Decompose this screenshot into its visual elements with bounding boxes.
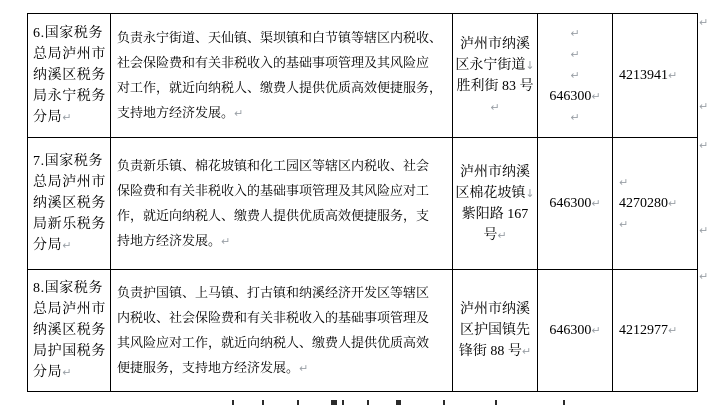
pilcrow-mark: ↵: [619, 176, 628, 189]
duties-cell[interactable]: 负责永宁街道、天仙镇、渠坝镇和白节镇等辖区内税收、 社会保险费和有关非税收入的基…: [111, 14, 453, 138]
branch-name-cell[interactable]: 8.国家税务 总局泸州市 纳溪区税务 局护国税务 分局↵: [28, 270, 111, 392]
pilcrow-mark: ↵: [570, 69, 579, 82]
pilcrow-mark: ↵: [591, 197, 600, 210]
address-text: 紫阳路 167 号: [462, 207, 529, 243]
pilcrow-mark: ↵: [668, 69, 677, 82]
pilcrow-mark: ↵: [62, 111, 72, 124]
pilcrow-mark: ↵: [62, 239, 72, 252]
duties-text: 负责新乐镇、棉花坡镇和化工园区等辖区内税收、社会 保险费和有关非税收入的基础事项…: [117, 158, 429, 248]
pilcrow-mark: ↵: [62, 366, 72, 379]
postal-code-value: 646300: [549, 323, 591, 338]
phone-value: 4213941: [619, 68, 668, 83]
pilcrow-mark: ↵: [668, 324, 677, 337]
clipped-text-fragment: [331, 400, 337, 405]
address-cell[interactable]: 泸州市纳溪 区永宁街道↓ 胜利街 83 号↵: [453, 14, 538, 138]
postal-code-value: 646300: [549, 89, 591, 104]
pilcrow-mark: ↵: [591, 90, 600, 103]
address-text: 泸州市纳溪 区棉花坡镇: [455, 165, 530, 201]
soft-break-mark: ↓: [525, 59, 534, 72]
phone-value: 4212977: [619, 323, 668, 338]
end-of-row-pilcrow-mark: ↵: [699, 140, 708, 152]
pilcrow-mark: ↵: [234, 107, 243, 120]
end-of-row-pilcrow-mark: ↵: [699, 101, 708, 113]
clipped-text-fragment: [232, 400, 234, 405]
postal-code-cell[interactable]: 646300↵: [538, 270, 613, 392]
pilcrow-mark: ↵: [570, 111, 579, 124]
table-row-branch-7: 7.国家税务 总局泸州市 纳溪区税务 局新乐税务 分局↵ 负责新乐镇、棉花坡镇和…: [28, 138, 698, 270]
duties-cell[interactable]: 负责新乐镇、棉花坡镇和化工园区等辖区内税收、社会 保险费和有关非税收入的基础事项…: [111, 138, 453, 270]
postal-code-cell[interactable]: 646300↵: [538, 138, 613, 270]
address-cell[interactable]: 泸州市纳溪 区护国镇先 锋街 88 号↵: [453, 270, 538, 392]
postal-code-cell[interactable]: ↵↵↵646300↵↵: [538, 14, 613, 138]
address-text: 泸州市纳溪 区永宁街道: [455, 37, 530, 73]
tax-branch-table: 6.国家税务 总局泸州市 纳溪区税务 局永宁税务 分局↵ 负责永宁街道、天仙镇、…: [27, 13, 698, 392]
duties-cell[interactable]: 负责护国镇、上马镇、打古镇和纳溪经济开发区等辖区 内税收、社会保险费和有关非税收…: [111, 270, 453, 392]
address-cell[interactable]: 泸州市纳溪 区棉花坡镇↓ 紫阳路 167 号↵: [453, 138, 538, 270]
pilcrow-mark: ↵: [619, 218, 628, 231]
branch-name-cell[interactable]: 6.国家税务 总局泸州市 纳溪区税务 局永宁税务 分局↵: [28, 14, 111, 138]
duties-text: 负责护国镇、上马镇、打古镇和纳溪经济开发区等辖区 内税收、社会保险费和有关非税收…: [117, 285, 429, 375]
end-of-row-pilcrow-mark: ↵: [699, 17, 708, 29]
pilcrow-mark: ↵: [668, 197, 677, 210]
pilcrow-mark: ↵: [522, 345, 531, 358]
clipped-text-fragment: [443, 400, 445, 405]
soft-break-mark: ↓: [525, 187, 534, 200]
phone-cell[interactable]: 4212977↵: [613, 270, 698, 392]
pilcrow-mark: ↵: [591, 324, 600, 337]
phone-cell[interactable]: 4213941↵: [613, 14, 698, 138]
table-row-branch-6: 6.国家税务 总局泸州市 纳溪区税务 局永宁税务 分局↵ 负责永宁街道、天仙镇、…: [28, 14, 698, 138]
clipped-text-fragment: [495, 400, 497, 405]
clipped-text-fragment: [262, 400, 264, 405]
phone-value: 4270280: [619, 196, 668, 211]
pilcrow-mark: ↵: [570, 48, 579, 61]
pilcrow-mark: ↵: [570, 27, 579, 40]
clipped-text-fragment: [297, 400, 299, 405]
address-text: 胜利街 83 号: [457, 79, 534, 94]
clipped-text-fragment: [396, 400, 401, 405]
table-row-branch-8: 8.国家税务 总局泸州市 纳溪区税务 局护国税务 分局↵ 负责护国镇、上马镇、打…: [28, 270, 698, 392]
pilcrow-mark: ↵: [299, 362, 308, 375]
pilcrow-mark: ↵: [497, 229, 506, 242]
pilcrow-mark: ↵: [490, 101, 499, 114]
end-of-row-pilcrow-mark: ↵: [699, 271, 708, 283]
duties-text: 负责永宁街道、天仙镇、渠坝镇和白节镇等辖区内税收、 社会保险费和有关非税收入的基…: [117, 30, 442, 120]
pilcrow-mark: ↵: [221, 235, 230, 248]
branch-name-cell[interactable]: 7.国家税务 总局泸州市 纳溪区税务 局新乐税务 分局↵: [28, 138, 111, 270]
clipped-text-fragment: [367, 400, 369, 405]
phone-cell[interactable]: ↵4270280↵↵: [613, 138, 698, 270]
clipped-text-fragment: [563, 400, 565, 405]
address-text: 泸州市纳溪 区护国镇先 锋街 88 号: [459, 302, 530, 359]
postal-code-value: 646300: [549, 196, 591, 211]
clipped-text-fragment: [342, 400, 344, 405]
end-of-row-pilcrow-mark: ↵: [699, 225, 708, 237]
